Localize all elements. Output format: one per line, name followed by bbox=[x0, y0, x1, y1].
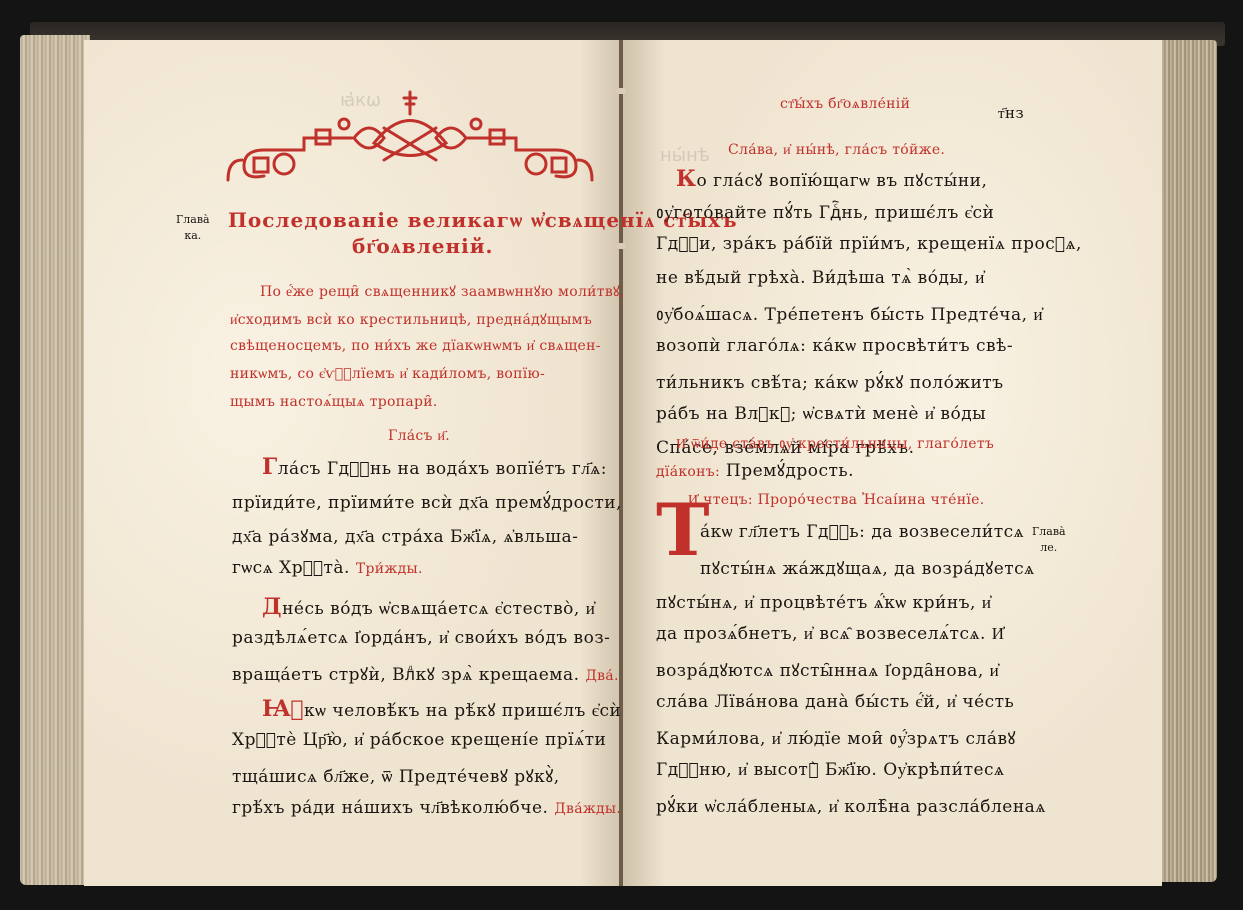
text-line: Дне́сь во́дъ ѡ҆свѧща́етсѧ є҆стество̀, и҆ bbox=[262, 594, 595, 620]
margin-chapter-note: Глава̀ ка. bbox=[176, 212, 210, 244]
tone-heading: Гла́съ и҃. bbox=[388, 428, 450, 445]
book-gutter bbox=[619, 40, 623, 886]
text-line: грѣ́хъ ра́ди на́шихъ чл҃вѣколю́бче. Два́… bbox=[232, 798, 621, 818]
red-initial: К bbox=[676, 166, 697, 192]
text-line: Ко гла́сꙋ вопїю́щагѡ въ пꙋсты́ни, bbox=[676, 166, 987, 192]
open-book: ꙗ҆кѡ ны́нѣ Глава̀ ка. Последованіе велик… bbox=[0, 0, 1243, 910]
text-line: рꙋ́ки ѡ҆сла́бленыѧ, и҆ колѣ̑на разсла́бл… bbox=[656, 794, 1046, 817]
text-line: сла́ва Лїва́нова дана̀ бы́сть є҆́й, и҆ ч… bbox=[656, 692, 1014, 712]
rubric-line: И҆ ѿи́де ста́въ ᲂу҆ крести́льницы, глаго… bbox=[676, 434, 994, 453]
text-line: ра́бъ на Влⷣкꙋ; ѡ҆свѧтѝ менѐ и҆ во́ды bbox=[656, 404, 986, 424]
rubric-line: свѣщеносцемъ, по ни́хъ же дїакѡнѡмъ и҆ с… bbox=[230, 338, 601, 355]
red-initial: Д bbox=[262, 594, 282, 620]
text-line: гѡсѧ Хрⷭ҇та̀. Три́жды. bbox=[232, 558, 423, 578]
text-line: ᲂу҆гото́вайте пꙋ́ть Гдⷭ҇нь, пришє́лъ є҆с… bbox=[656, 200, 994, 223]
binding-stitch bbox=[616, 243, 626, 249]
text-line: дх҃а ра́зꙋма, дх҃а стра́ха Бж҃їѧ, ѧ҆вльш… bbox=[232, 524, 578, 547]
text-line: ти́льникъ свѣ́та; ка́кѡ рꙋ́кꙋ поло́житъ bbox=[656, 370, 1004, 393]
text-span: враща́етъ стрꙋѝ, Влⷣкꙋ зрѧ̀ крещаема. bbox=[232, 665, 580, 685]
red-initial: Г bbox=[262, 454, 278, 480]
rubric-line: и҆сходимъ всѝ ко крестильницѣ, предна́дꙋ… bbox=[230, 310, 592, 329]
margin-note-line: Глава̀ bbox=[176, 212, 210, 228]
folio-number: т҃нз bbox=[998, 104, 1024, 123]
text-line: а́кѡ гл҃летъ Гдⷭ҇ь: да возвесели́тсѧ bbox=[700, 522, 1024, 542]
margin-chapter-note: Глава̀ ле. bbox=[1032, 524, 1066, 556]
text-line: Карми́лова, и҆ лю́дїе мои̑ ᲂу҆́зрѧтъ сла… bbox=[656, 726, 1016, 749]
text-span: ла́съ Гдⷭ҇нь на вода́хъ вопїе́тъ гл҃ѧ: bbox=[278, 459, 607, 479]
text-span: гѡсѧ Хрⷭ҇та̀. bbox=[232, 558, 350, 578]
text-line: прїиди́те, прїими́те всѝ дх҃а премꙋ́дрос… bbox=[232, 490, 622, 513]
text-span: кѡ человѣ́къ на рѣ́кꙋ пришє́лъ є҆сѝ bbox=[304, 701, 621, 721]
margin-note-line: ле. bbox=[1032, 540, 1066, 556]
text-span: о гла́сꙋ вопїю́щагѡ въ пꙋсты́ни, bbox=[697, 171, 988, 191]
ornament-headpiece-icon bbox=[224, 88, 596, 188]
running-head: ст҃ы́хъ бг҃оѧвле́ній bbox=[780, 96, 910, 113]
text-line: пꙋсты́нѧ жа́ждꙋщаѧ, да возра́дꙋетсѧ bbox=[700, 556, 1035, 579]
text-line: возопѝ глаго́лѧ: ка́кѡ просвѣти́тъ свѣ- bbox=[656, 336, 1013, 356]
rubric-line: По е҆́же рещи̑ свѧщенникꙋ заамвѡннꙋю мол… bbox=[260, 282, 625, 301]
text-line: Гдⷭ҇и, зра́къ ра́бїй прїи́мъ, крещенїѧ п… bbox=[656, 234, 1082, 254]
rubric-line: щымъ настоѧ́щыѧ тропари̑. bbox=[230, 394, 438, 411]
repeat-rubric: Два́жды. bbox=[554, 801, 621, 817]
text-line: ᲂу҆боѧ́шасѧ. Тре́петенъ бы́сть Предте́ча… bbox=[656, 302, 1043, 325]
margin-note-line: ка. bbox=[176, 228, 210, 244]
page-edges-right bbox=[1155, 40, 1217, 882]
page-edges-left bbox=[20, 35, 90, 885]
wisdom-proclamation: Премꙋ́дрость. bbox=[726, 461, 854, 481]
text-line: раздѣлѧ́етсѧ І҆орда́нъ, и҆ свои́хъ во́дъ… bbox=[232, 628, 610, 648]
rubric-glory: Сла́ва, и҆ ны́нѣ, гла́съ то́йже. bbox=[728, 142, 945, 159]
text-line: пꙋсты́нѧ, и҆ процвѣте́тъ ѧ҆́кѡ кри́нъ, и… bbox=[656, 590, 991, 613]
service-title-line2: бг҃оѧвленій. bbox=[352, 234, 494, 259]
text-line: Гла́съ Гдⷭ҇нь на вода́хъ вопїе́тъ гл҃ѧ: bbox=[262, 454, 607, 480]
text-line: да прозѧ́бнетъ, и҆ всѧ̑ возвеселѧ́тсѧ. И… bbox=[656, 624, 1005, 644]
text-span: грѣ́хъ ра́ди на́шихъ чл҃вѣколю́бче. bbox=[232, 798, 548, 818]
text-line: Ꙗ҆кѡ человѣ́къ на рѣ́кꙋ пришє́лъ є҆сѝ bbox=[262, 696, 621, 722]
text-line: Хрⷭ҇тѐ Цр҃ю̀, и҆ ра́бское крещені́е прїѧ… bbox=[232, 730, 606, 750]
margin-note-line: Глава̀ bbox=[1032, 524, 1066, 540]
rubric-red-span: дїа́конъ: bbox=[656, 464, 720, 480]
text-line: возра́дꙋютсѧ пꙋсты̑ннаѧ І҆орда̑нова, и҆ bbox=[656, 658, 999, 681]
repeat-rubric: Три́жды. bbox=[356, 561, 423, 577]
bleed-through-text: ны́нѣ bbox=[660, 145, 710, 166]
text-line: враща́етъ стрꙋѝ, Влⷣкꙋ зрѧ̀ крещаема. Дв… bbox=[232, 662, 619, 685]
text-span: не́сь во́дъ ѡ҆свѧща́етсѧ є҆стество̀, и҆ bbox=[282, 599, 595, 619]
repeat-rubric: Два́. bbox=[585, 668, 618, 684]
text-line: Гдⷭ҇ню, и҆ высотꙋ̀ Бж҃їю. Оу҆крѣпи́тесѧ bbox=[656, 760, 1005, 780]
rubric-line: никѡмъ, со є҆ѵⷢ҇лїемъ и҆ кади́ломъ, вопї… bbox=[230, 366, 545, 383]
rubric-reader: И҆ чтецъ: Проро́чества Ἠсаі́ина чте́нїе. bbox=[688, 492, 984, 509]
red-initial: Ꙗ҆ bbox=[262, 696, 304, 722]
text-line: не вѣ́дый грѣха̀. Ви́дѣша тѧ̀ во́ды, и҆ bbox=[656, 268, 985, 288]
binding-stitch bbox=[616, 88, 626, 94]
rubric-line: дїа́конъ: Премꙋ́дрость. bbox=[656, 458, 854, 481]
bleed-through-text: ꙗ҆кѡ bbox=[340, 90, 381, 111]
text-line: тща́шисѧ бл҃же, ѿ Предте́чевꙋ рꙋкꙋ̀, bbox=[232, 764, 560, 787]
